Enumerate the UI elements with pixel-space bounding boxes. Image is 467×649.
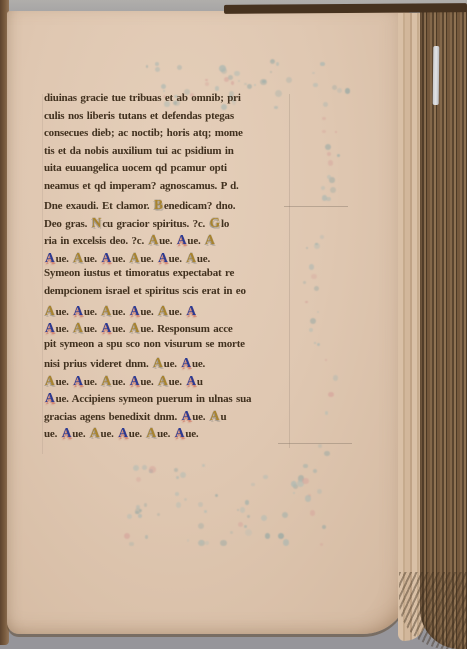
manuscript-photo: diuinas gracie tue tribuas et ab omnib; … [0, 0, 467, 649]
show-through-dot [136, 505, 140, 509]
blue-initial-letter: A [181, 408, 193, 423]
show-through-dot [315, 243, 317, 245]
show-through-dot [276, 62, 279, 65]
text-run: ue. [159, 235, 176, 247]
text-run: ue. [56, 376, 73, 388]
text-run: ue. [187, 235, 204, 247]
text-line: ue. Aue. Aue. Aue. Aue. Aue. [44, 425, 296, 443]
gold-initial-letter: A [44, 303, 56, 318]
blue-initial-letter: A [44, 390, 56, 405]
gold-initial-letter: A [157, 303, 169, 318]
show-through-dot [324, 451, 330, 457]
blue-initial-letter: A [61, 425, 73, 440]
text-run: ue. [56, 306, 73, 318]
show-through-dot [202, 464, 205, 467]
show-through-dot [238, 522, 243, 527]
gold-initial-letter: G [209, 215, 221, 230]
text-run: Symeon iustus et timoratus expectabat re [44, 267, 234, 279]
blue-initial-letter: A [185, 303, 197, 318]
show-through-dot [230, 531, 233, 534]
show-through-dot [322, 130, 326, 134]
show-through-dot [247, 515, 249, 517]
text-run: ue. [192, 358, 205, 370]
show-through-decoration-right [293, 99, 347, 491]
text-run: diuinas gracie tue tribuas et ab omnib; … [44, 92, 241, 104]
text-run: ue. [140, 323, 157, 335]
text-line: Aue. Aue. Aue. Aue. Responsum acce [44, 320, 296, 338]
show-through-dot [200, 540, 204, 544]
show-through-dot [220, 540, 227, 547]
show-through-dot [330, 187, 336, 193]
text-run: gracias agens benedixit dnm. [44, 411, 181, 423]
show-through-dot [228, 75, 233, 80]
show-through-dot [283, 539, 290, 546]
show-through-dot [135, 511, 139, 515]
show-through-dot [286, 77, 292, 83]
show-through-dot [238, 80, 240, 82]
text-run: ria in excelsis deo. ?c. [44, 235, 148, 247]
show-through-dot [309, 264, 315, 270]
ruling-line-vertical [42, 94, 43, 454]
text-run: ue. [169, 253, 186, 265]
show-through-dot [175, 492, 179, 496]
show-through-dot [198, 523, 204, 529]
show-through-dot [317, 311, 319, 313]
show-through-dot [144, 503, 148, 507]
show-through-dot [174, 468, 178, 472]
show-through-dot [325, 144, 331, 150]
text-line: dempcionem israel et spiritus scis erat … [44, 285, 296, 303]
text-run: ue. [140, 306, 157, 318]
show-through-dot [184, 498, 187, 501]
gothic-text-block: diuinas gracie tue tribuas et ab omnib; … [44, 92, 296, 443]
show-through-dot [124, 533, 130, 539]
gold-initial-letter: A [72, 320, 84, 335]
gold-initial-letter: A [146, 425, 158, 440]
show-through-dot [205, 82, 209, 86]
show-through-dot [245, 529, 252, 536]
text-line: consecues dieb; ac noctib; horis atq; mo… [44, 127, 296, 145]
show-through-dot [313, 469, 317, 473]
text-line: pit symeon a spu sco non visurum se mort… [44, 338, 296, 356]
show-through-dot [215, 494, 218, 497]
blue-initial-letter: A [176, 232, 188, 247]
text-run: u [197, 376, 203, 388]
show-through-dot [262, 80, 266, 84]
show-through-dot [303, 281, 306, 284]
blue-initial-letter: A [180, 355, 192, 370]
show-through-dot [224, 77, 229, 82]
text-line: Aue. Accipiens symeon puerum in ulnas su… [44, 390, 296, 408]
show-through-dot [333, 375, 339, 381]
show-through-dot [311, 274, 317, 280]
show-through-dot [149, 469, 152, 472]
show-through-dot [244, 83, 247, 86]
show-through-dot [204, 510, 207, 513]
fore-edge-page-stack [420, 6, 467, 649]
show-through-dot [328, 160, 333, 165]
gold-initial-letter: B [153, 197, 164, 212]
show-through-dot [149, 466, 156, 473]
show-through-dot [278, 533, 284, 539]
show-through-dot [129, 542, 134, 547]
show-through-dot [329, 177, 334, 182]
show-through-dot [345, 88, 351, 94]
gold-initial-letter: A [209, 408, 221, 423]
show-through-dot [265, 533, 270, 538]
text-run: ue. [140, 253, 157, 265]
show-through-dot [293, 492, 296, 495]
show-through-dot [244, 525, 247, 528]
show-through-dot [260, 79, 266, 85]
show-through-dot [155, 62, 159, 66]
show-through-dot [314, 243, 320, 249]
text-run: ue. [44, 428, 61, 440]
text-run: ue. [112, 253, 129, 265]
show-through-dot [337, 88, 342, 93]
show-through-dot [176, 502, 182, 508]
blue-initial-letter: A [157, 250, 169, 265]
gold-initial-letter: N [91, 215, 103, 230]
show-through-dot [245, 500, 249, 504]
text-line: diuinas gracie tue tribuas et ab omnib; … [44, 92, 296, 110]
text-run: ue. [185, 428, 198, 440]
show-through-dot [308, 494, 311, 497]
show-through-dot [198, 502, 202, 506]
text-run: ue. [169, 376, 186, 388]
text-run: ue. [192, 411, 209, 423]
text-line: Aue. Aue. Aue. Aue. Aue. Au [44, 373, 296, 391]
show-through-dot [305, 301, 307, 303]
gold-initial-letter: A [157, 373, 169, 388]
show-through-dot [312, 72, 314, 74]
show-through-dot [180, 472, 186, 478]
gold-initial-letter: A [152, 355, 164, 370]
show-through-dot [327, 175, 331, 179]
show-through-dot [314, 286, 320, 292]
show-through-dot [306, 247, 308, 249]
show-through-dot [161, 84, 166, 89]
show-through-dot [320, 235, 324, 239]
gold-initial-letter: A [44, 373, 56, 388]
show-through-dot [139, 509, 142, 512]
text-run: ue. [164, 358, 181, 370]
text-line: Dne exaudi. Et clamor. Benedicam? dno. [44, 197, 296, 215]
gold-initial-letter: A [101, 373, 113, 388]
blue-initial-letter: A [101, 250, 113, 265]
show-through-dot [318, 444, 322, 448]
show-through-dot [263, 475, 268, 480]
text-line: gracias agens benedixit dnm. Aue. Au [44, 408, 296, 426]
text-run: ue. [84, 253, 101, 265]
text-run: consecues dieb; ac noctib; horis atq; mo… [44, 127, 243, 139]
show-through-dot [297, 480, 304, 487]
text-run: tis et da nobis auxilium tui ac psidium … [44, 145, 234, 157]
show-through-dot [261, 515, 267, 521]
text-run: pit symeon a spu sco non visurum se mort… [44, 338, 245, 350]
show-through-dot [145, 535, 148, 538]
text-run: neamus et qd imperam? agnoscamus. P d. [44, 180, 239, 192]
text-run: dempcionem israel et spiritus scis erat … [44, 285, 246, 297]
show-through-dot [221, 68, 227, 74]
show-through-dot [293, 484, 298, 489]
blue-initial-letter: A [101, 320, 113, 335]
show-through-dot [155, 67, 160, 72]
show-through-dot [237, 509, 240, 512]
text-run: ue. [72, 428, 89, 440]
show-through-dot [127, 514, 132, 519]
text-run: uita euuangelica uocem qd pcamur opti [44, 162, 227, 174]
show-through-dot [157, 513, 161, 517]
text-run: ue. [197, 253, 210, 265]
show-through-dot [335, 131, 337, 133]
text-run: ue. [112, 306, 129, 318]
text-run: ue. [101, 428, 118, 440]
show-through-dot [291, 481, 297, 487]
show-through-decoration-bottom [123, 463, 331, 543]
show-through-dot [332, 85, 337, 90]
text-line: uita euuangelica uocem qd pcamur opti [44, 162, 296, 180]
text-run: ue. [56, 323, 73, 335]
show-through-dot [322, 195, 328, 201]
show-through-dot [320, 543, 323, 546]
show-through-dot [322, 525, 326, 529]
text-run: ue. [140, 376, 157, 388]
blue-initial-letter: A [44, 250, 56, 265]
gold-initial-letter: A [129, 250, 141, 265]
show-through-dot [219, 65, 225, 71]
show-through-dot [302, 478, 309, 485]
show-through-dot [305, 495, 311, 501]
show-through-dot [271, 60, 273, 62]
show-through-dot [337, 154, 340, 157]
text-run: ue. [56, 253, 73, 265]
show-through-dot [282, 512, 289, 519]
text-run: enedicam? dno. [164, 200, 236, 212]
show-through-dot [313, 83, 318, 88]
show-through-dot [251, 483, 255, 487]
gold-initial-letter: A [148, 232, 160, 247]
show-through-dot [325, 411, 329, 415]
show-through-dot [234, 71, 239, 76]
show-through-dot [327, 152, 331, 156]
show-through-dot [270, 59, 275, 64]
show-through-dot [328, 392, 333, 397]
blue-initial-letter: A [174, 425, 186, 440]
bookmark-tab [433, 46, 440, 105]
text-run: ue. [157, 428, 174, 440]
show-through-dot [135, 508, 141, 514]
show-through-dot [254, 84, 257, 87]
show-through-dot [231, 81, 235, 85]
text-line: ria in excelsis deo. ?c. Aue. Aue. A [44, 232, 296, 250]
show-through-dot [323, 102, 328, 107]
gold-initial-letter: A [204, 232, 216, 247]
blue-initial-letter: A [117, 425, 129, 440]
text-run: ue. [84, 376, 101, 388]
text-line: Aue. Aue. Aue. Aue. Aue. A [44, 303, 296, 321]
text-line: Deo gras. Ncu gracior spiritus. ?c. Glo [44, 215, 296, 233]
show-through-dot [298, 475, 305, 482]
text-line: neamus et qd imperam? agnoscamus. P d. [44, 180, 296, 198]
text-line: tis et da nobis auxilium tui ac psidium … [44, 145, 296, 163]
text-run: ue. [129, 428, 146, 440]
show-through-dot [270, 71, 272, 73]
show-through-dot [320, 62, 325, 67]
text-run: ue. [112, 323, 129, 335]
gold-initial-letter: A [129, 320, 141, 335]
show-through-dot [321, 186, 325, 190]
gold-initial-letter: A [89, 425, 101, 440]
show-through-dot [240, 507, 245, 512]
show-through-dot [303, 464, 307, 468]
text-run: ue. Accipiens symeon puerum in ulnas sua [56, 393, 252, 405]
show-through-dot [198, 540, 204, 546]
book-top-edge [224, 3, 467, 14]
show-through-dot [325, 359, 327, 361]
text-run: ue. [112, 376, 129, 388]
show-through-dot [187, 539, 189, 541]
text-run: Responsum acce [157, 323, 233, 335]
show-through-dot [136, 477, 141, 482]
show-through-dot [205, 541, 209, 545]
show-through-dot [314, 342, 317, 345]
gold-initial-letter: A [101, 303, 113, 318]
show-through-dot [310, 318, 317, 325]
text-run: u [220, 411, 226, 423]
show-through-dot [317, 489, 322, 494]
show-through-dot [133, 465, 139, 471]
gold-initial-letter: A [185, 250, 197, 265]
text-run: Deo gras. [44, 218, 91, 230]
text-line: Aue. Aue. Aue. Aue. Aue. Aue. [44, 250, 296, 268]
blue-initial-letter: A [129, 303, 141, 318]
text-run: cu gracior spiritus. ?c. [102, 218, 208, 230]
show-through-dot [146, 65, 149, 68]
show-through-dot [326, 197, 331, 202]
show-through-dot [309, 328, 313, 332]
text-line: nisi prius videret dnm. Aue. Aue. [44, 355, 296, 373]
show-through-dot [205, 79, 208, 82]
blue-initial-letter: A [72, 303, 84, 318]
blue-initial-letter: A [185, 373, 197, 388]
text-line: culis nos liberis tutans et defendas pte… [44, 110, 296, 128]
blue-initial-letter: A [129, 373, 141, 388]
blue-initial-letter: A [72, 373, 84, 388]
text-run: lo [221, 218, 229, 230]
show-through-dot [215, 86, 220, 91]
text-run: nisi prius videret dnm. [44, 358, 152, 370]
gold-initial-letter: A [72, 250, 84, 265]
show-through-dot [310, 510, 315, 515]
show-through-dot [247, 84, 252, 89]
show-through-dot [177, 65, 182, 70]
show-through-dot [291, 481, 297, 487]
text-line: Symeon iustus et timoratus expectabat re [44, 267, 296, 285]
text-run: Dne exaudi. Et clamor. [44, 200, 153, 212]
show-through-dot [142, 465, 147, 470]
text-run: ue. [84, 306, 101, 318]
show-through-dot [317, 343, 320, 346]
text-run: ue. [169, 306, 186, 318]
blue-initial-letter: A [44, 320, 56, 335]
show-through-dot [138, 514, 142, 518]
text-run: culis nos liberis tutans et defendas pte… [44, 110, 234, 122]
show-through-dot [176, 476, 179, 479]
text-run: ue. [84, 323, 101, 335]
show-through-dot [322, 117, 325, 120]
